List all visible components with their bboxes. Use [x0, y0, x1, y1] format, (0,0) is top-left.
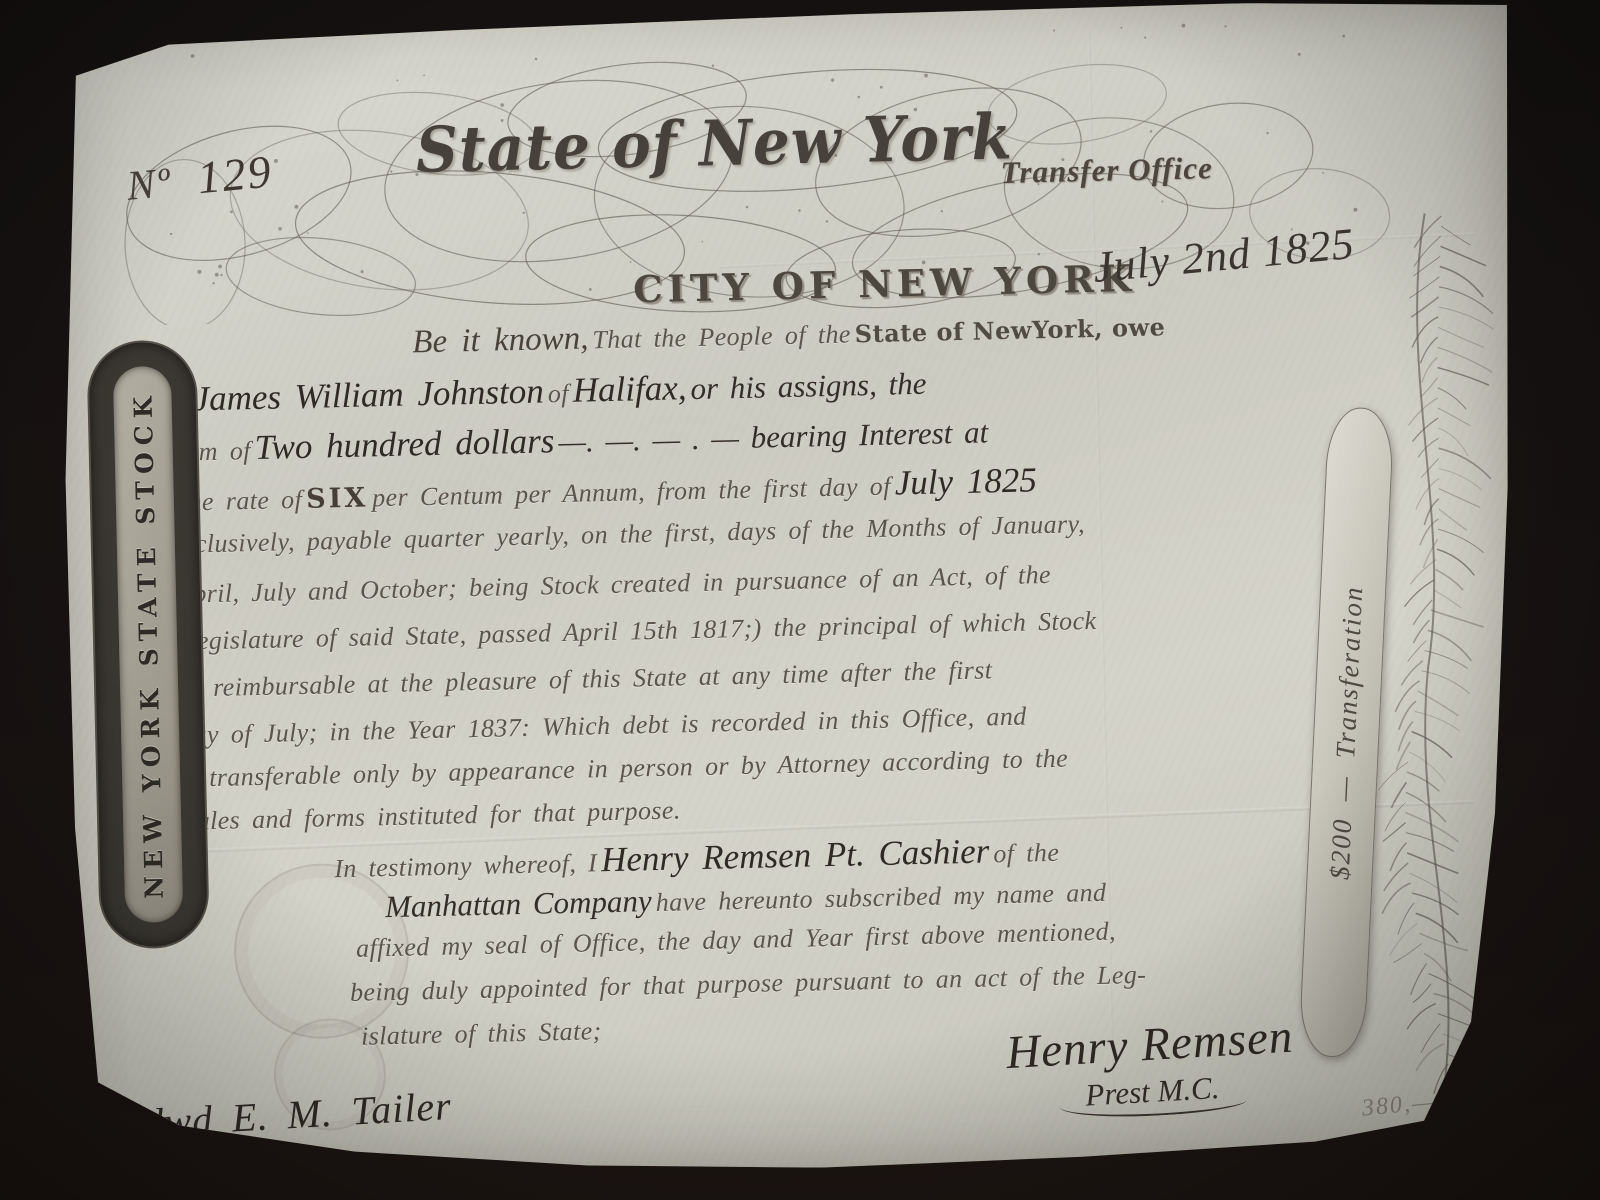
- body-text: —. —. — . — bearing Interest at: [558, 414, 989, 459]
- body-text: In testimony whereof, I: [334, 848, 598, 883]
- certificate-content: Nº129 State of New York Transfer Office …: [45, 0, 1526, 1184]
- body-text: the rate of: [181, 485, 303, 517]
- body-text-printed: State of NewYork, owe: [854, 312, 1165, 348]
- body-text: or his assigns, the: [690, 366, 927, 406]
- photo-background: Nº129 State of New York Transfer Office …: [0, 0, 1600, 1200]
- signature-title: Prest M.C.: [1058, 1068, 1246, 1121]
- countersignature: Edwd E. M. Tailer: [117, 1082, 453, 1148]
- left-stock-banner-panel: NEW YORK STATE STOCK: [113, 366, 184, 923]
- body-text: have hereunto subscribed my name and: [655, 878, 1106, 917]
- left-stock-banner-text: NEW YORK STATE STOCK: [128, 390, 169, 900]
- interest-start-date: July 1825: [894, 460, 1037, 502]
- certificate-number: Nº129: [124, 145, 274, 211]
- body-text: islature of this State;: [361, 1016, 602, 1050]
- document-title: State of New York: [415, 100, 1013, 187]
- body-text: per Centum per Annum, from the first day…: [372, 472, 891, 513]
- payee-name: James William Johnston: [193, 371, 544, 418]
- body-text: of: [547, 379, 569, 408]
- certificate-body: Be it known, That the People of the Stat…: [157, 301, 1453, 1070]
- city-line: CITY OF NEW YORK: [633, 256, 1137, 311]
- body-text: That the People of the: [592, 319, 851, 354]
- transfer-office-label: Transfer Office: [1000, 150, 1213, 191]
- amount-ribbon-text: $200 — Transferation: [1324, 584, 1369, 880]
- certificate-number-label: Nº: [125, 160, 174, 210]
- certificate-paper: Nº129 State of New York Transfer Office …: [52, 0, 1519, 1175]
- amount-words: Two hundred dollars: [254, 421, 555, 467]
- interest-rate: SIX: [306, 482, 369, 514]
- company-name: Manhattan Company: [385, 883, 652, 924]
- payee-place: Halifax,: [572, 368, 687, 410]
- issue-date: July 2nd 1825: [1091, 218, 1357, 293]
- pencil-note: 380,—: [1361, 1089, 1437, 1123]
- certificate-number-value: 129: [195, 146, 274, 204]
- body-text: Be it known,: [412, 320, 589, 360]
- officer-name-inline: Henry Remsen Pt. Cashier: [601, 831, 990, 879]
- body-text: of the: [993, 838, 1060, 868]
- left-stock-banner: NEW YORK STATE STOCK: [88, 341, 208, 947]
